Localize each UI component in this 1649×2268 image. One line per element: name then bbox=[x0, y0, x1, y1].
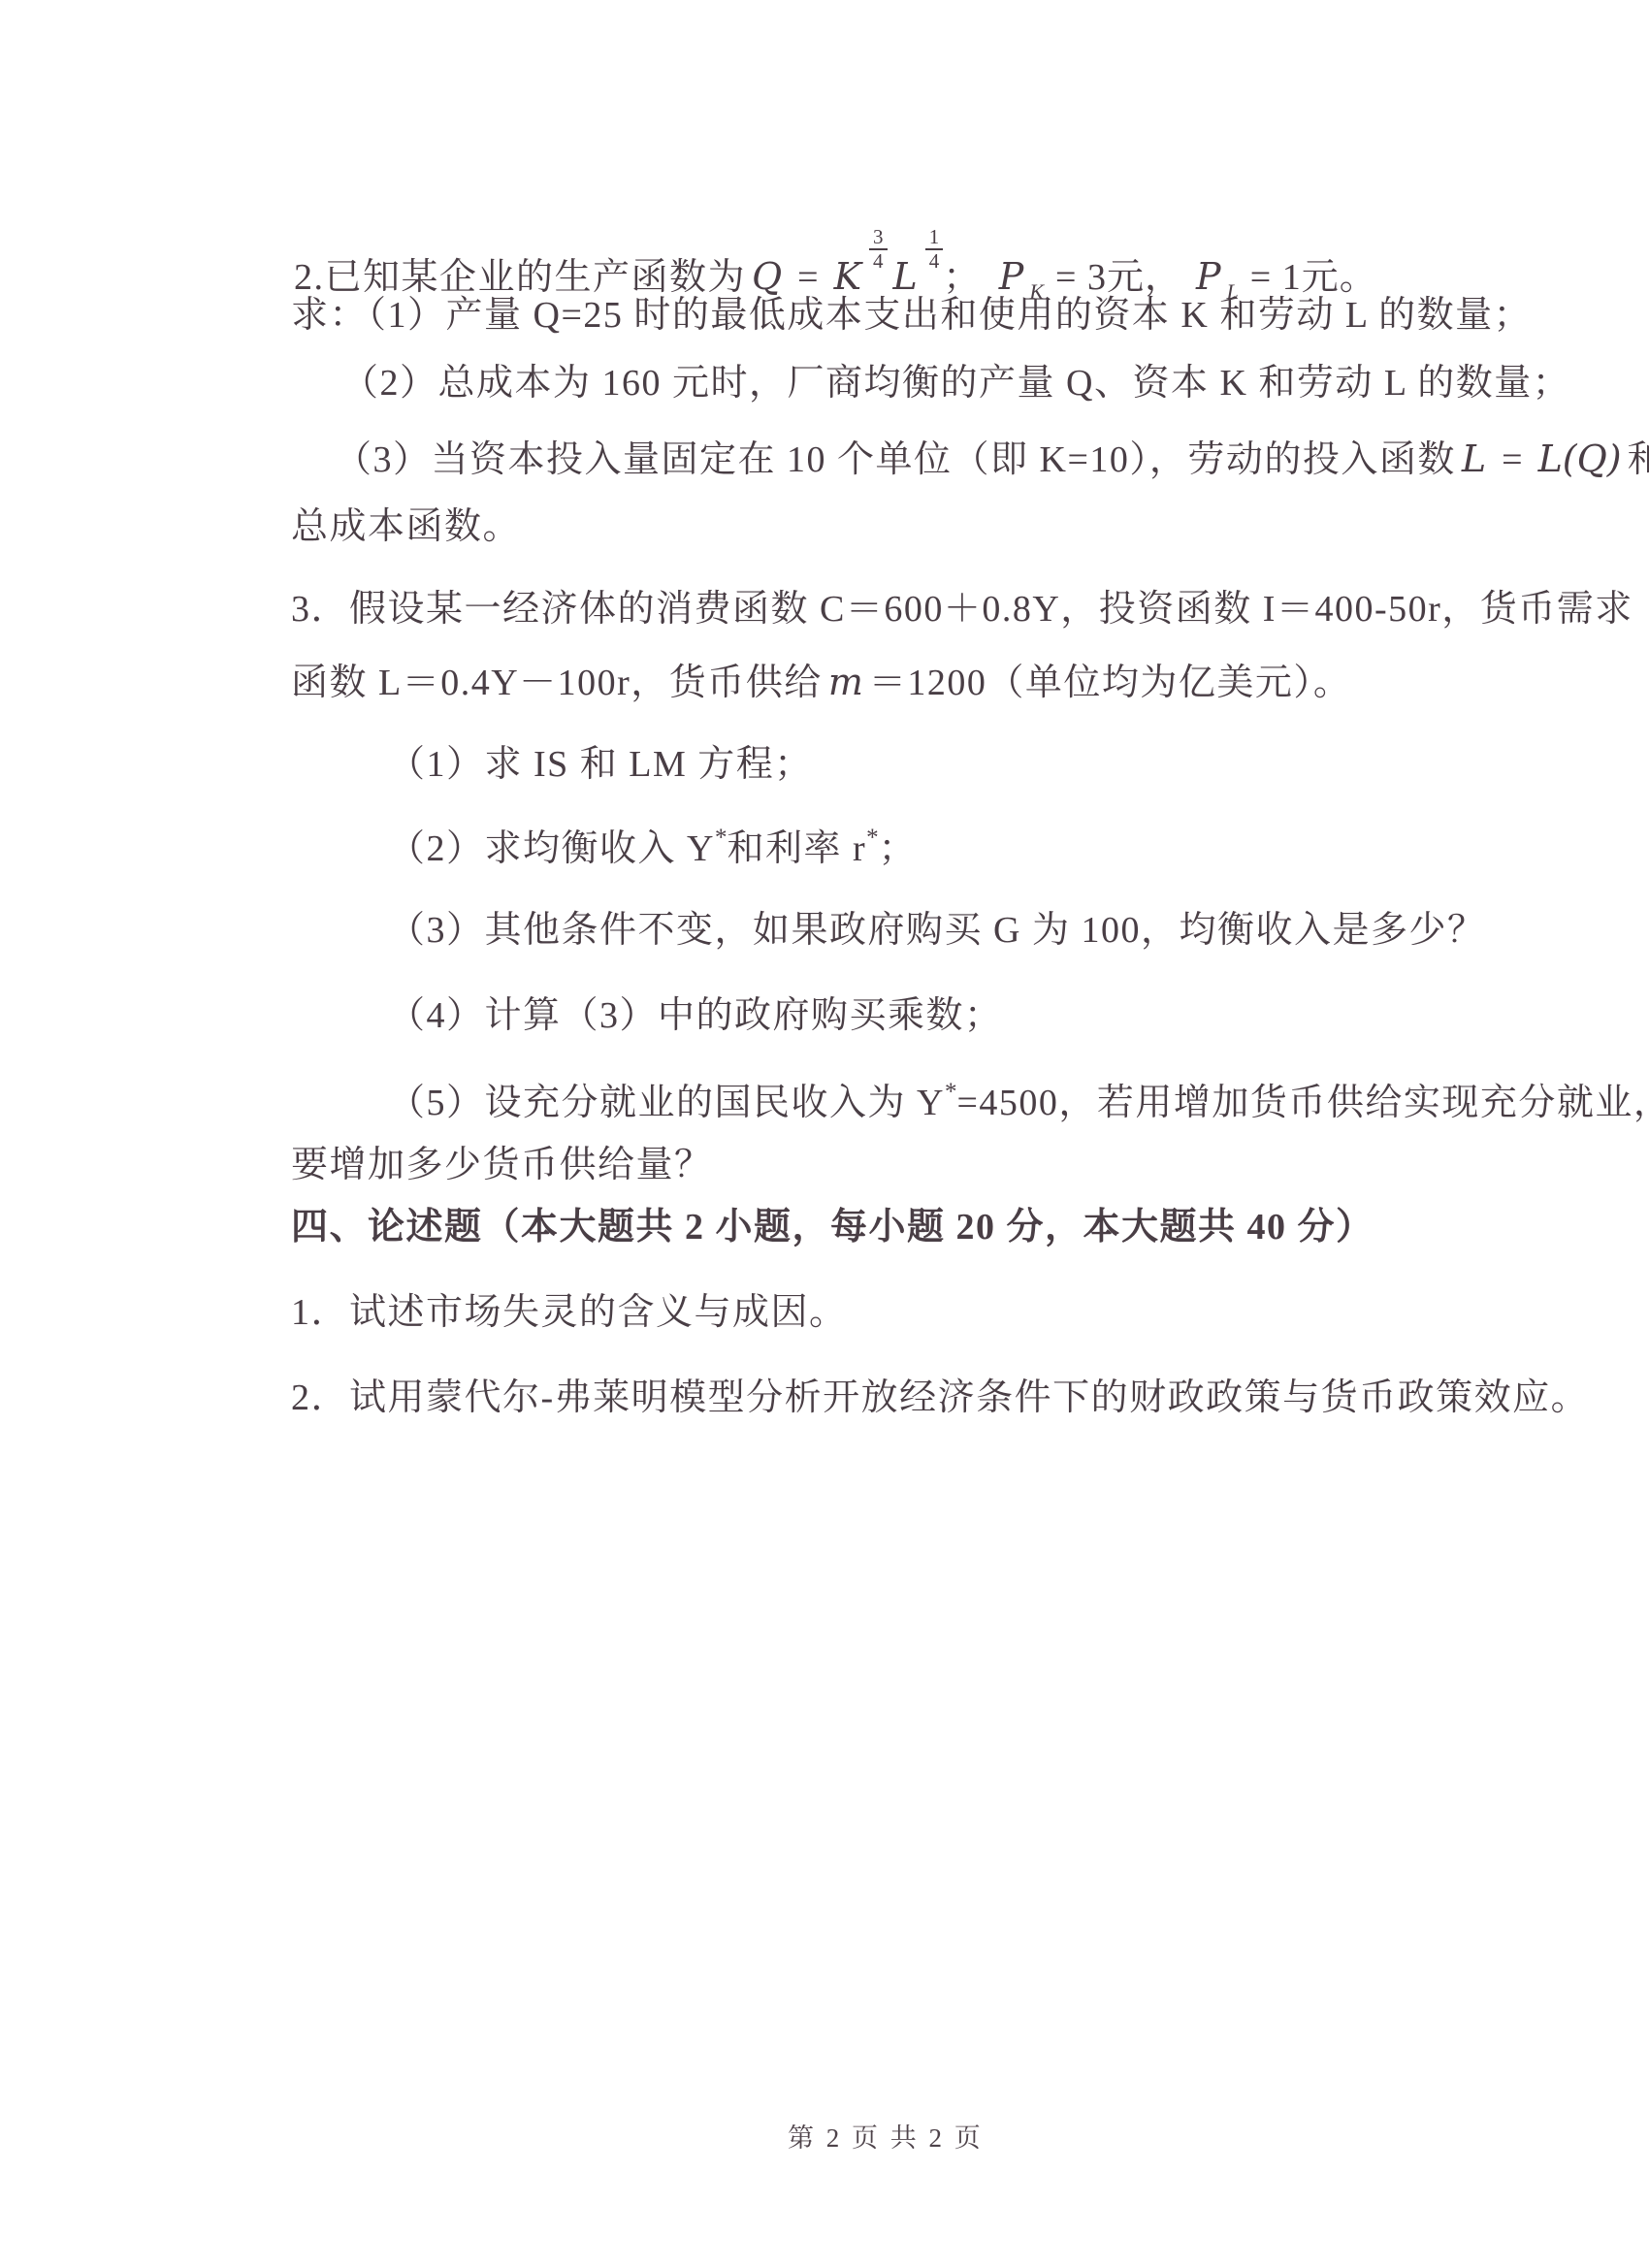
fraction-denominator: 4 bbox=[925, 248, 944, 273]
math-var-Q: Q bbox=[752, 255, 782, 298]
q3-item-2-text: （2）求均衡收入 Y bbox=[388, 828, 715, 869]
q3-item-5-text: （5）设充分就业的国民收入为 Y bbox=[388, 1083, 945, 1123]
q3-item-3: （3）其他条件不变，如果政府购买 G 为 100，均衡收入是多少？ bbox=[388, 908, 1485, 955]
section4-heading: 四、论述题（本大题共 2 小题，每小题 20 分，本大题共 40 分） bbox=[291, 1205, 1374, 1251]
q2-item-3-suffix: 和 bbox=[1628, 439, 1649, 480]
q3-item-5-line1: （5）设充分就业的国民收入为 Y*=4500，若用增加货币供给实现充分就业， bbox=[388, 1077, 1649, 1127]
pk-value: = 3元， bbox=[1055, 257, 1182, 298]
page-footer: 第 2 页 共 2 页 bbox=[788, 2117, 984, 2155]
pl-value: = 1元。 bbox=[1250, 257, 1377, 298]
q2-item-3-line2: 总成本函数。 bbox=[291, 504, 521, 551]
q3-intro-text: 函数 L＝0.4Y－100r，货币供给 bbox=[291, 663, 823, 703]
superscript-star: * bbox=[866, 825, 879, 851]
q4-item-1: 1．试述市场失灵的含义与成因。 bbox=[291, 1290, 848, 1337]
q3-item-4: （4）计算（3）中的政府购买乘数； bbox=[388, 993, 1003, 1040]
q2-item-2: （2）总成本为 160 元时，厂商均衡的产量 Q、资本 K 和劳动 L 的数量； bbox=[341, 361, 1570, 407]
q3-item-2-mid: 和利率 r bbox=[727, 828, 866, 869]
q2-item-3-line1: （3）当资本投入量固定在 10 个单位（即 K=10），劳动的投入函数L=L(Q… bbox=[335, 437, 1649, 484]
math-equals: = bbox=[1502, 439, 1522, 480]
exponent-fraction-k: 34 bbox=[869, 226, 888, 273]
math-var-PL: P bbox=[1196, 255, 1221, 298]
math-var-PK: P bbox=[999, 255, 1024, 298]
fraction-numerator: 1 bbox=[925, 226, 944, 248]
math-var-L: L bbox=[893, 255, 918, 298]
q3-intro-line2: 函数 L＝0.4Y－100r，货币供给m＝1200（单位均为亿美元）。 bbox=[291, 660, 1351, 707]
superscript-star: * bbox=[945, 1079, 957, 1105]
q3-item-5-suffix: =4500，若用增加货币供给实现充分就业， bbox=[956, 1083, 1649, 1123]
q3-item-2-end: ； bbox=[879, 828, 918, 869]
q2-item-1: 求：（1）产量 Q=25 时的最低成本支出和使用的资本 K 和劳动 L 的数量； bbox=[291, 293, 1532, 340]
math-equals: = bbox=[797, 257, 818, 298]
math-var-K: K bbox=[834, 255, 861, 298]
math-var-m: m bbox=[828, 661, 863, 703]
q3-intro-suffix: ＝1200（单位均为亿美元）。 bbox=[869, 663, 1352, 703]
superscript-star: * bbox=[715, 825, 727, 851]
fraction-numerator: 3 bbox=[869, 226, 888, 248]
q3-item-5-line2: 要增加多少货币供给量？ bbox=[291, 1143, 713, 1189]
math-func-LQ: L(Q) bbox=[1538, 437, 1622, 480]
q4-item-2: 2．试用蒙代尔-弗莱明模型分析开放经济条件下的财政政策与货币政策效应。 bbox=[291, 1376, 1589, 1422]
q3-item-1: （1）求 IS 和 LM 方程； bbox=[388, 742, 813, 789]
fraction-denominator: 4 bbox=[869, 248, 888, 273]
math-semicolon: ； bbox=[943, 257, 982, 298]
q2-item-3-text: （3）当资本投入量固定在 10 个单位（即 K=10），劳动的投入函数 bbox=[335, 439, 1456, 480]
q3-intro-line1: 3．假设某一经济体的消费函数 C＝600＋0.8Y，投资函数 I＝400-50r… bbox=[291, 587, 1633, 633]
q3-item-2: （2）求均衡收入 Y*和利率 r*； bbox=[388, 823, 917, 873]
q2-intro-text: 2.已知某企业的生产函数为 bbox=[294, 257, 746, 298]
exponent-fraction-l: 14 bbox=[925, 226, 944, 273]
math-var-L: L bbox=[1462, 437, 1486, 480]
exam-document-page: 2.已知某企业的生产函数为Q=K34L14；PK= 3元，PL= 1元。 求：（… bbox=[0, 0, 1649, 2268]
